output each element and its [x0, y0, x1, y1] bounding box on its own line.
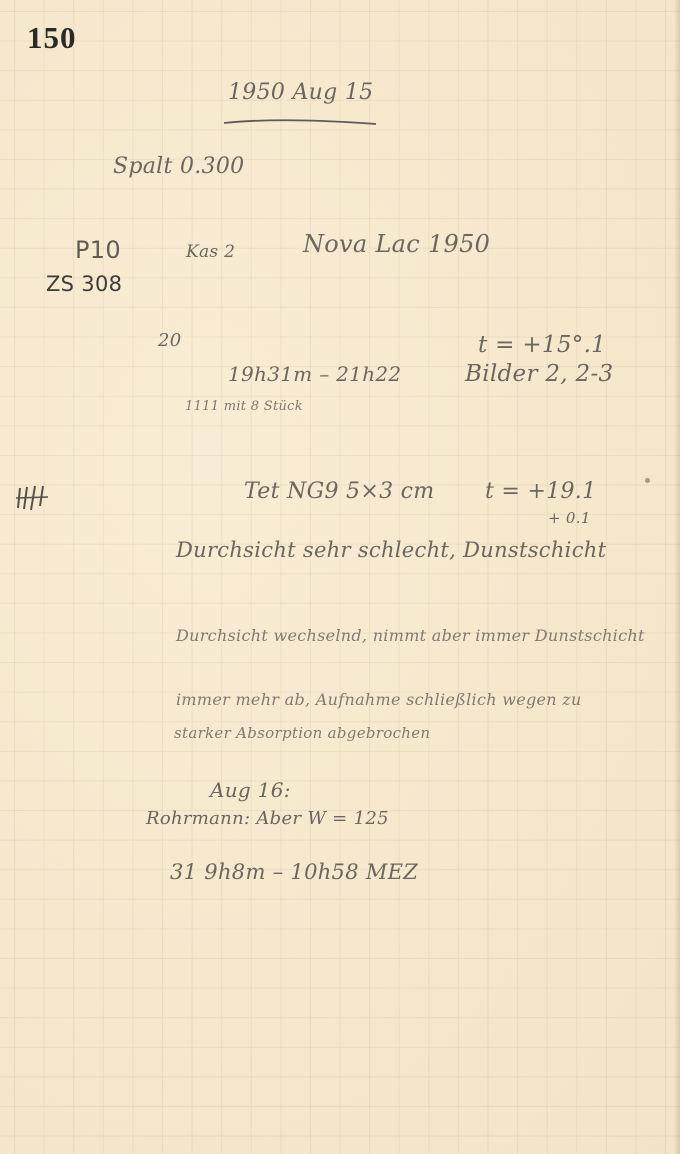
- entry-date: 1950 Aug 15: [228, 82, 373, 104]
- date-underline: [222, 117, 378, 127]
- image-count: Bilder 2, 2-3: [465, 363, 613, 386]
- page-number: 150: [27, 20, 77, 56]
- next-observer-line: Rohrmann: Aber W = 125: [146, 810, 389, 828]
- small-note: 1111 mit 8 Stück: [185, 400, 303, 413]
- temperature-correction: + 0.1: [548, 511, 591, 526]
- temperature: t = +15°.1: [478, 334, 606, 357]
- exposure-number: 20: [158, 332, 182, 350]
- notebook-page: 150 1950 Aug 15 Spalt 0.300 P10 ZS 308 K…: [0, 0, 680, 1154]
- plate-label: P10: [75, 238, 121, 262]
- remark-line-3: starker Absorption abgebrochen: [174, 726, 430, 741]
- temperature-2: t = +19.1: [485, 481, 596, 503]
- plate-id: ZS 308: [46, 274, 122, 295]
- time-range: 19h31m – 21h22: [228, 364, 401, 384]
- remark-seeing: Durchsicht sehr schlecht, Dunstschicht: [176, 540, 606, 561]
- remark-line-1: Durchsicht wechselnd, nimmt aber immer D…: [176, 628, 645, 644]
- next-exposure: 31 9h8m – 10h58 MEZ: [170, 862, 418, 883]
- paper-spot: [645, 478, 650, 483]
- tally-mark-icon: [14, 484, 50, 512]
- filter-line: Tet NG9 5×3 cm: [244, 481, 434, 503]
- remark-line-2: immer mehr ab, Aufnahme schließlich wege…: [176, 692, 582, 708]
- slit-width: Spalt 0.300: [113, 156, 244, 178]
- next-date: Aug 16:: [210, 780, 291, 800]
- camera: Kas 2: [186, 244, 235, 261]
- object-name: Nova Lac 1950: [303, 232, 490, 256]
- paper-shading: [0, 0, 680, 1154]
